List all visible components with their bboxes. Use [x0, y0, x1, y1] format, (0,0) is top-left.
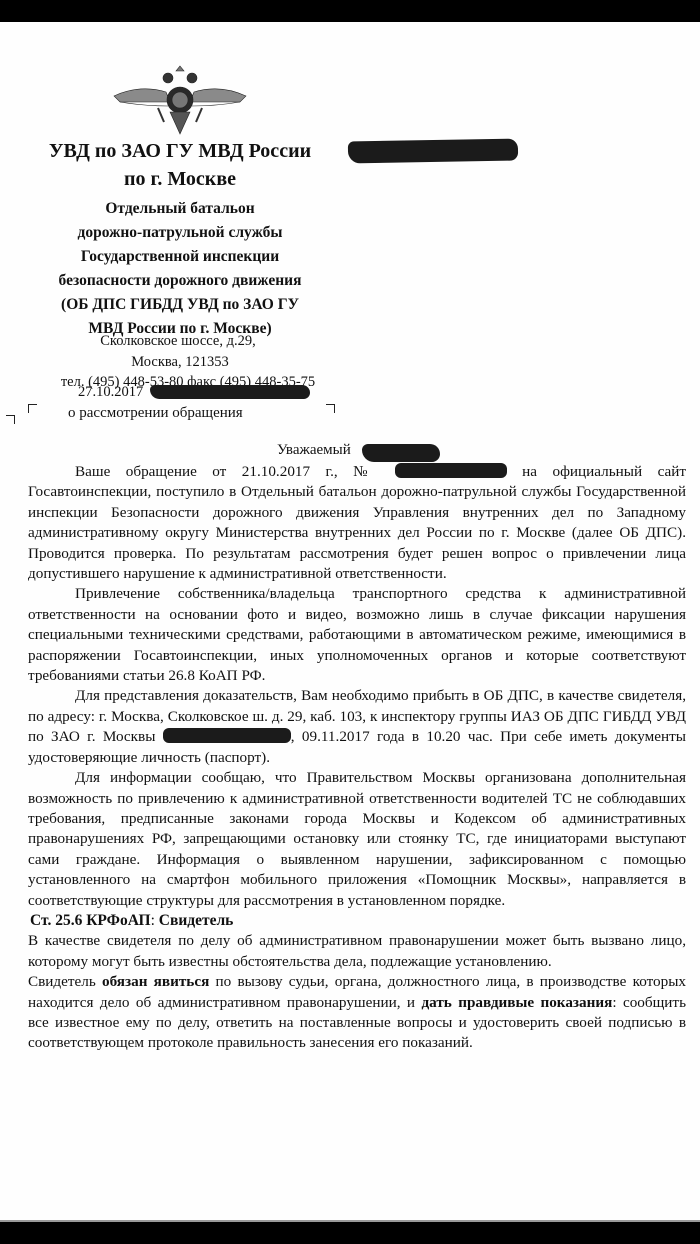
corner-mark: [28, 404, 37, 413]
article-paragraph-2: Свидетель обязан явиться по вызову судьи…: [28, 972, 686, 1054]
paragraph-2: Привлечение собственника/владельца транс…: [28, 584, 686, 686]
unit-line-3: Государственной инспекции: [0, 245, 360, 269]
article-p2-a: Свидетель: [28, 973, 102, 990]
unit-line-5: (ОБ ДПС ГИБДД УВД по ЗАО ГУ: [0, 293, 360, 317]
article-heading: Ст. 25.6 КРФоАП: Свидетель: [30, 911, 686, 931]
greeting: Уважаемый: [277, 442, 351, 459]
address-line-2: Москва, 121353: [0, 351, 360, 373]
redaction-outgoing-number: [150, 385, 310, 399]
redaction-inspector-name: [163, 728, 291, 743]
top-black-bar: [0, 0, 700, 22]
address-line-1: Сколковское шоссе, д.29,: [0, 330, 358, 352]
corner-mark: [326, 404, 335, 413]
unit-line-1: Отдельный батальон: [0, 197, 360, 221]
article-p2-bold-1: обязан явиться: [102, 973, 209, 990]
org-name-line1: УВД по ЗАО ГУ МВД России: [0, 138, 360, 164]
letter-date: 27.10.2017: [78, 381, 143, 403]
greeting-text: Уважаемый: [277, 442, 351, 458]
article-number: Ст. 25.6 КРФоАП: [30, 912, 151, 929]
paragraph-3: Для представления доказательств, Вам нео…: [28, 686, 686, 768]
org-name-line2: по г. Москве: [0, 166, 360, 192]
bottom-black-bar: [0, 1220, 700, 1244]
article-p2-bold-2: дать правдивые показания: [421, 994, 612, 1011]
unit-line-4: безопасности дорожного движения: [0, 269, 360, 293]
paragraph-1-text-b: на официальный сайт Госавтоинспекции, по…: [28, 463, 686, 582]
paragraph-4: Для информации сообщаю, что Правительств…: [28, 768, 686, 911]
letter-body: Ваше обращение от 21.10.2017 г., № на оф…: [28, 462, 686, 1054]
article-paragraph-1: В качестве свидетеля по делу об админист…: [28, 931, 686, 972]
redaction-addressee-name: [362, 444, 440, 462]
corner-mark: [6, 415, 15, 424]
redaction-appeal-number: [395, 463, 507, 478]
article-sep: :: [151, 912, 159, 929]
letter-subject: о рассмотрении обращения: [68, 402, 243, 424]
unit-line-2: дорожно-патрульной службы: [0, 221, 360, 245]
article-label: Свидетель: [159, 912, 234, 929]
paragraph-1-text-a: Ваше обращение от 21.10.2017 г., №: [75, 463, 379, 480]
redaction-header: [348, 139, 518, 164]
mvd-emblem-icon: [110, 62, 250, 138]
paragraph-1: Ваше обращение от 21.10.2017 г., № на оф…: [28, 462, 686, 584]
